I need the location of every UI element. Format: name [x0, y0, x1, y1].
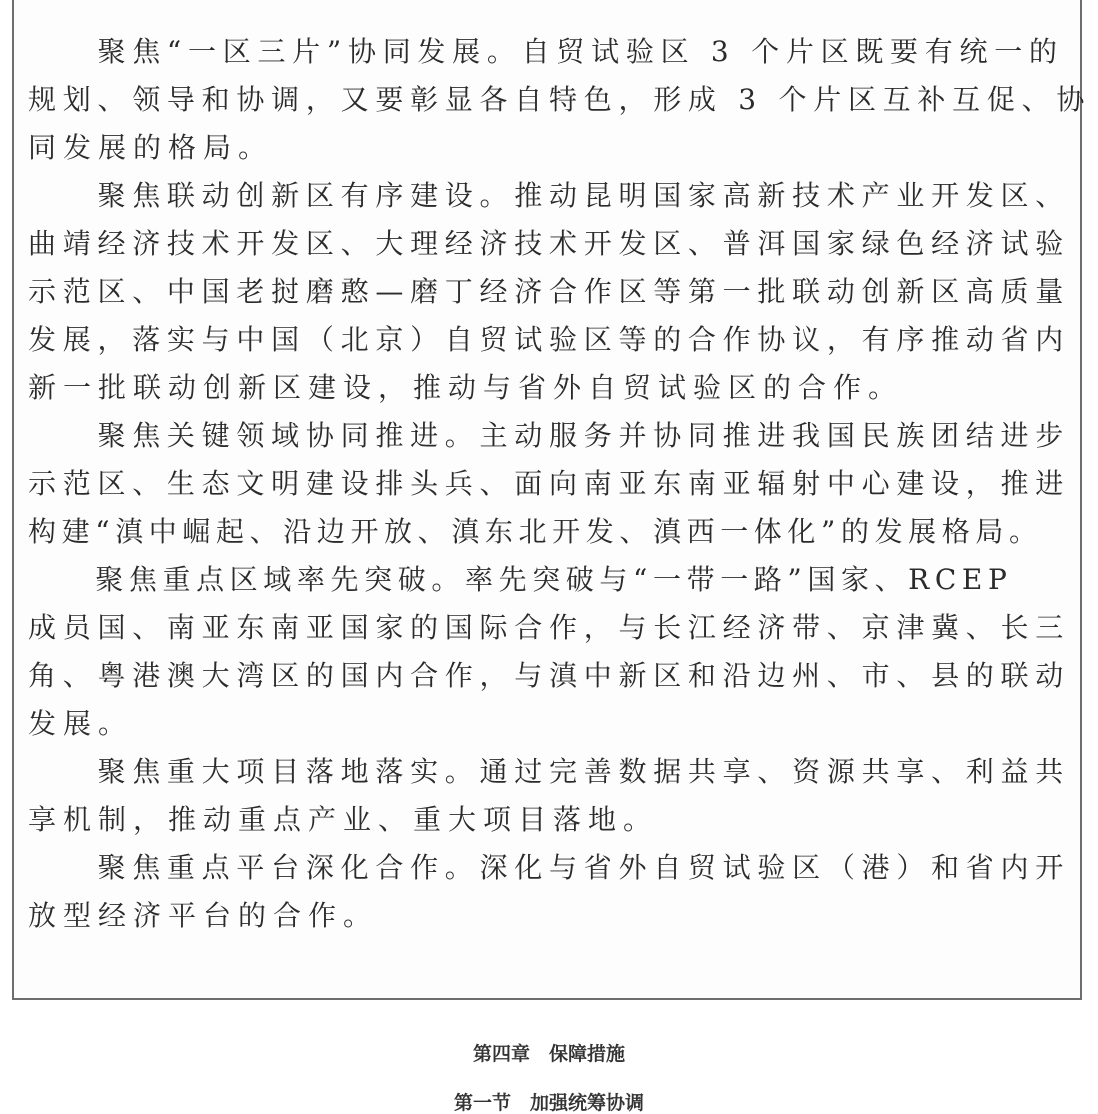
text-line: 构建“滇中崛起、沿边开放、滇东北开发、滇西一体化”的发展格局。 [28, 512, 1070, 552]
text-line: 享机制，推动重点产业、重大项目落地。 [28, 800, 1070, 840]
section-heading: 第一节 加强统筹协调 [0, 1088, 1098, 1114]
text-line: 放型经济平台的合作。 [28, 896, 1070, 936]
text-line: 曲靖经济技术开发区、大理经济技术开发区、普洱国家绿色经济试验 [28, 224, 1070, 264]
text-line: 聚焦重点平台深化合作。深化与省外自贸试验区（港）和省内开 [28, 848, 1070, 888]
text-line: 规划、领导和协调，又要彰显各自特色，形成 3 个片区互补互促、协 [28, 80, 1070, 120]
text-line: 示范区、中国老挝磨憨—磨丁经济合作区等第一批联动创新区高质量 [28, 272, 1070, 312]
text-line: 聚焦重点区域率先突破。率先突破与“一带一路”国家、RCEP [28, 560, 1070, 600]
text-line: 成员国、南亚东南亚国家的国际合作，与长江经济带、京津冀、长三 [28, 608, 1070, 648]
text-line: 聚焦关键领域协同推进。主动服务并协同推进我国民族团结进步 [28, 416, 1070, 456]
chapter-heading: 第四章 保障措施 [0, 1039, 1098, 1066]
text-line: 角、粤港澳大湾区的国内合作，与滇中新区和沿边州、市、县的联动 [28, 656, 1070, 696]
text-line: 同发展的格局。 [28, 128, 1070, 168]
text-line: 示范区、生态文明建设排头兵、面向南亚东南亚辐射中心建设，推进 [28, 464, 1070, 504]
text-line: 聚焦联动创新区有序建设。推动昆明国家高新技术产业开发区、 [28, 176, 1070, 216]
text-line: 聚焦“一区三片”协同发展。自贸试验区 3 个片区既要有统一的 [28, 32, 1070, 72]
text-line: 发展。 [28, 704, 1070, 744]
text-line: 聚焦重大项目落地落实。通过完善数据共享、资源共享、利益共 [28, 752, 1070, 792]
text-line: 新一批联动创新区建设，推动与省外自贸试验区的合作。 [28, 368, 1070, 408]
text-line: 发展，落实与中国（北京）自贸试验区等的合作协议，有序推动省内 [28, 320, 1070, 360]
